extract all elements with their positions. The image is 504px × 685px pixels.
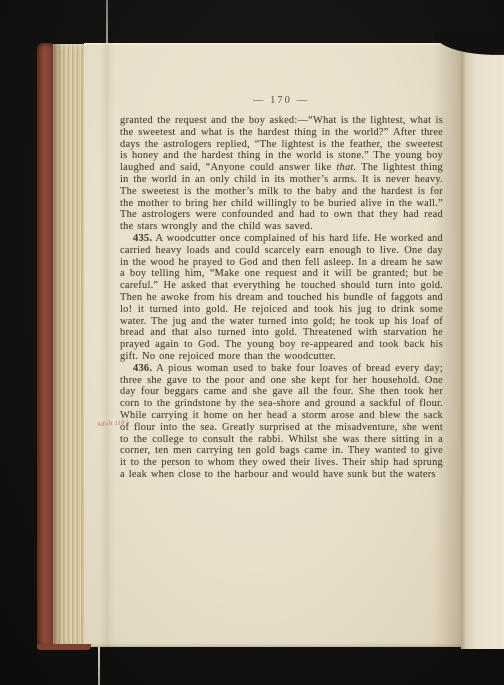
story-435-text: A woodcutter once complained of his hard… (120, 233, 443, 362)
book-page: — 170 — granted the request and the boy … (84, 43, 461, 647)
bookmark-thread-bottom (98, 644, 100, 685)
page-text-block: granted the request and the boy asked:—“… (120, 115, 443, 481)
italic-word: that. (336, 162, 356, 173)
paragraph-continuation: granted the request and the boy asked:—“… (120, 115, 443, 233)
facing-page-edge (461, 50, 504, 649)
story-435: 435. A woodcutter once complained of his… (120, 233, 443, 363)
book-spine (37, 43, 53, 647)
page-number: — 170 — (120, 95, 442, 106)
story-435-number: 435. (133, 233, 152, 244)
story-436: 436. A pious woman used to bake four loa… (120, 363, 443, 481)
story-436-text: A pious woman used to bake four loaves o… (120, 363, 443, 480)
fanned-page-edges (53, 44, 84, 646)
book-photo-scene: — 170 — granted the request and the boy … (0, 0, 504, 685)
story-436-number: 436. (133, 363, 152, 374)
book: — 170 — granted the request and the boy … (37, 43, 504, 647)
book-cover-bottom-edge (37, 644, 91, 650)
bookmark-thread-top (106, 0, 108, 47)
